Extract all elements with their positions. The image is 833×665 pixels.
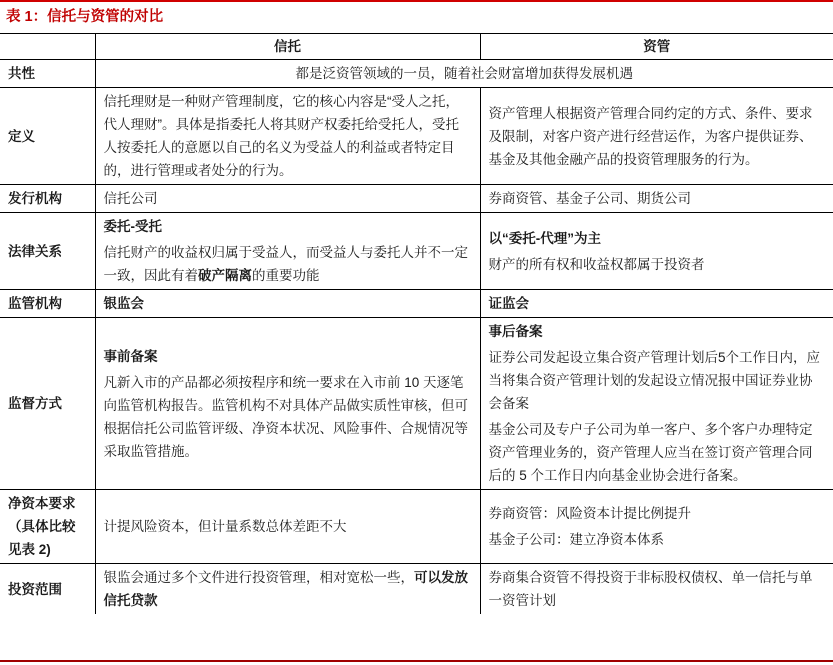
am-cell: 以“委托-代理”为主财产的所有权和收益权都属于投资者 xyxy=(480,213,833,290)
table-row: 监督方式事前备案凡新入市的产品都必须按程序和统一要求在入市前 10 天逐笔向监管… xyxy=(0,318,833,490)
am-cell: 券商资管、基金子公司、期货公司 xyxy=(480,185,833,213)
am-cell: 事后备案证券公司发起设立集合资产管理计划后5个工作日内，应当将集合资产管理计划的… xyxy=(480,318,833,490)
row-label-cell: 监管机构 xyxy=(0,290,95,318)
table-row: 发行机构信托公司券商资管、基金子公司、期货公司 xyxy=(0,185,833,213)
row-label-cell: 净资本要求 （具体比较 见表 2) xyxy=(0,490,95,564)
body-text: 券商资管：风险资本计提比例提升 xyxy=(489,506,692,521)
row-label-cell: 定义 xyxy=(0,88,95,185)
body-text: 的重要功能 xyxy=(252,268,320,283)
trust-cell: 信托理财是一种财产管理制度，它的核心内容是“受人之托，代人理财”。具体是指委托人… xyxy=(95,88,480,185)
emphasis-text: 事前备案 xyxy=(104,349,158,364)
table-row: 共性都是泛资管领域的一员，随着社会财富增加获得发展机遇 xyxy=(0,60,833,88)
body-text: 资产管理人根据资产管理合同约定的方式、条件、要求及限制，对客户资产进行经营运作，… xyxy=(489,106,813,167)
body-text: 基金公司及专户子公司为单一客户、多个客户办理特定资产管理业务的，资产管理人应当在… xyxy=(489,422,813,483)
trust-cell: 事前备案凡新入市的产品都必须按程序和统一要求在入市前 10 天逐笔向监管机构报告… xyxy=(95,318,480,490)
body-text: 财产的所有权和收益权都属于投资者 xyxy=(489,257,705,272)
table-row: 法律关系委托-受托信托财产的收益权归属于受益人，而受益人与委托人并不一定一致，因… xyxy=(0,213,833,290)
row-label-cell: 法律关系 xyxy=(0,213,95,290)
corner-cell xyxy=(0,34,95,60)
emphasis-text: 以“委托-代理”为主 xyxy=(489,231,602,246)
table-body: 共性都是泛资管领域的一员，随着社会财富增加获得发展机遇定义信托理财是一种财产管理… xyxy=(0,60,833,615)
trust-cell: 委托-受托信托财产的收益权归属于受益人，而受益人与委托人并不一定一致，因此有着破… xyxy=(95,213,480,290)
table-row: 投资范围银监会通过多个文件进行投资管理，相对宽松一些，可以发放信托贷款券商集合资… xyxy=(0,564,833,615)
trust-cell: 计提风险资本，但计量系数总体差距不大 xyxy=(95,490,480,564)
body-text: 银监会通过多个文件进行投资管理，相对宽松一些， xyxy=(104,570,415,585)
merged-cell: 都是泛资管领域的一员，随着社会财富增加获得发展机遇 xyxy=(95,60,833,88)
body-text: 凡新入市的产品都必须按程序和统一要求在入市前 10 天逐笔向监管机构报告。监管机… xyxy=(104,375,469,459)
column-header-trust: 信托 xyxy=(95,34,480,60)
header-row: 信托 资管 xyxy=(0,34,833,60)
row-label-cell: 发行机构 xyxy=(0,185,95,213)
am-cell: 券商资管：风险资本计提比例提升基金子公司：建立净资本体系 xyxy=(480,490,833,564)
body-text: 券商资管、基金子公司、期货公司 xyxy=(489,191,692,206)
bottom-rule xyxy=(0,660,833,662)
trust-cell: 信托公司 xyxy=(95,185,480,213)
column-header-am: 资管 xyxy=(480,34,833,60)
table-row: 定义信托理财是一种财产管理制度，它的核心内容是“受人之托，代人理财”。具体是指委… xyxy=(0,88,833,185)
row-label-cell: 监督方式 xyxy=(0,318,95,490)
body-text: 计提风险资本，但计量系数总体差距不大 xyxy=(104,519,347,534)
am-cell: 资产管理人根据资产管理合同约定的方式、条件、要求及限制，对客户资产进行经营运作，… xyxy=(480,88,833,185)
row-label-cell: 投资范围 xyxy=(0,564,95,615)
body-text: 信托理财是一种财产管理制度，它的核心内容是“受人之托，代人理财”。具体是指委托人… xyxy=(104,94,460,178)
trust-cell: 银监会通过多个文件进行投资管理，相对宽松一些，可以发放信托贷款 xyxy=(95,564,480,615)
trust-cell: 银监会 xyxy=(95,290,480,318)
table-row: 监管机构银监会证监会 xyxy=(0,290,833,318)
comparison-table: 信托 资管 共性都是泛资管领域的一员，随着社会财富增加获得发展机遇定义信托理财是… xyxy=(0,33,833,614)
emphasis-text: 委托-受托 xyxy=(104,219,163,234)
body-text: 证券公司发起设立集合资产管理计划后5个工作日内，应当将集合资产管理计划的发起设立… xyxy=(489,350,821,411)
am-cell: 券商集合资管不得投资于非标股权债权、单一信托与单一资管计划 xyxy=(480,564,833,615)
report-table-page: 表 1：信托与资管的对比 信托 资管 共性都是泛资管领域的一员，随着社会财富增加… xyxy=(0,0,833,665)
row-label-cell: 共性 xyxy=(0,60,95,88)
table-row: 净资本要求 （具体比较 见表 2)计提风险资本，但计量系数总体差距不大券商资管：… xyxy=(0,490,833,564)
emphasis-text: 证监会 xyxy=(489,296,530,311)
am-cell: 证监会 xyxy=(480,290,833,318)
table-title: 表 1：信托与资管的对比 xyxy=(0,2,833,33)
body-text: 基金子公司：建立净资本体系 xyxy=(489,532,665,547)
emphasis-text: 破产隔离 xyxy=(198,268,252,283)
body-text: 券商集合资管不得投资于非标股权债权、单一信托与单一资管计划 xyxy=(489,570,813,608)
emphasis-text: 银监会 xyxy=(104,296,145,311)
emphasis-text: 事后备案 xyxy=(489,324,543,339)
body-text: 信托公司 xyxy=(104,191,158,206)
